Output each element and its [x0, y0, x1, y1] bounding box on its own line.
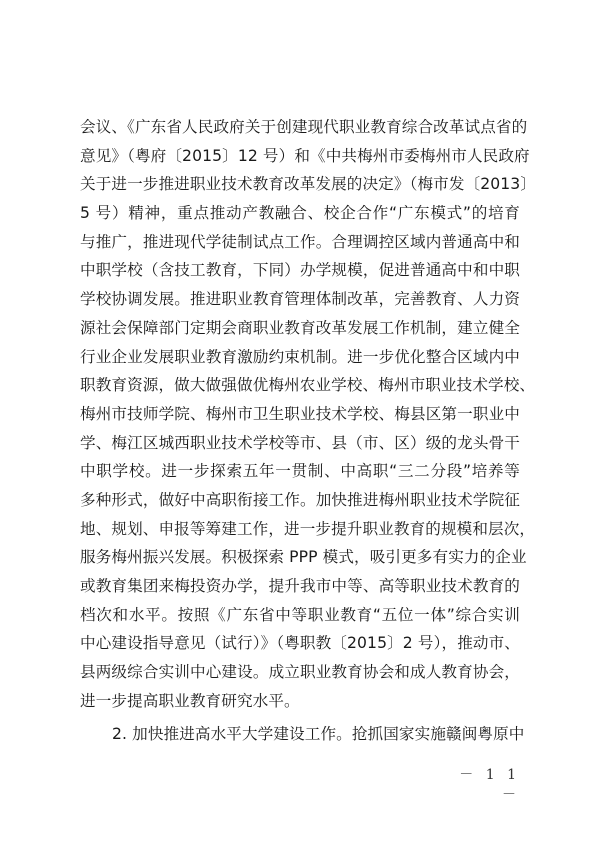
text-line: 中职学校。进一步探索五年一贯制、中高职“三二分段”培养等: [80, 457, 520, 486]
text-line: 5 号）精神，重点推动产教融合、校企合作“广东模式”的培育: [80, 199, 520, 228]
body-text: 会议、《广东省人民政府关于创建现代职业教育综合改革试点省的 意见》（粤府〔201…: [80, 113, 520, 749]
document-page: 会议、《广东省人民政府关于创建现代职业教育综合改革试点省的 意见》（粤府〔201…: [0, 0, 595, 842]
section-heading-line: 2. 加快推进高水平大学建设工作。抢抓国家实施赣闽粤原中: [80, 720, 520, 749]
text-line: 地、规划、申报等筹建工作，进一步提升职业教育的规模和层次，: [80, 515, 520, 544]
text-line: 中职学校（含技工教育，下同）办学规模，促进普通高中和中职: [80, 256, 520, 285]
text-line: 中心建设指导意见（试行）》（粤职教〔2015〕2 号），推动市、: [80, 629, 520, 658]
text-line: 学校协调发展。推进职业教育管理体制改革，完善教育、人力资: [80, 285, 520, 314]
text-line: 服务梅州振兴发展。积极探索 PPP 模式，吸引更多有实力的企业: [80, 543, 520, 572]
text-line: 关于进一步推进职业技术教育改革发展的决定》（梅市发〔2013〕: [80, 170, 520, 199]
page-number: － 1 1 －: [456, 764, 520, 804]
text-line: 或教育集团来梅投资办学，提升我市中等、高等职业技术教育的: [80, 572, 520, 601]
text-line: 与推广，推进现代学徒制试点工作。合理调控区域内普通高中和: [80, 228, 520, 257]
text-line: 意见》（粤府〔2015〕12 号）和《中共梅州市委梅州市人民政府: [80, 142, 520, 171]
text-line: 职教育资源，做大做强做优梅州农业学校、梅州市职业技术学校、: [80, 371, 520, 400]
text-line: 源社会保障部门定期会商职业教育改革发展工作机制，建立健全: [80, 314, 520, 343]
text-line: 会议、《广东省人民政府关于创建现代职业教育综合改革试点省的: [80, 113, 520, 142]
text-line: 县两级综合实训中心建设。成立职业教育协会和成人教育协会，: [80, 658, 520, 687]
text-line: 学、梅江区城西职业技术学校等市、县（市、区）级的龙头骨干: [80, 429, 520, 458]
text-line: 档次和水平。按照《广东省中等职业教育“五位一体”综合实训: [80, 601, 520, 630]
text-line: 进一步提高职业教育研究水平。: [80, 687, 520, 716]
text-line: 多种形式，做好中高职衔接工作。加快推进梅州职业技术学院征: [80, 486, 520, 515]
text-line: 行业企业发展职业教育激励约束机制。进一步优化整合区域内中: [80, 343, 520, 372]
text-line: 梅州市技师学院、梅州市卫生职业技术学校、梅县区第一职业中: [80, 400, 520, 429]
